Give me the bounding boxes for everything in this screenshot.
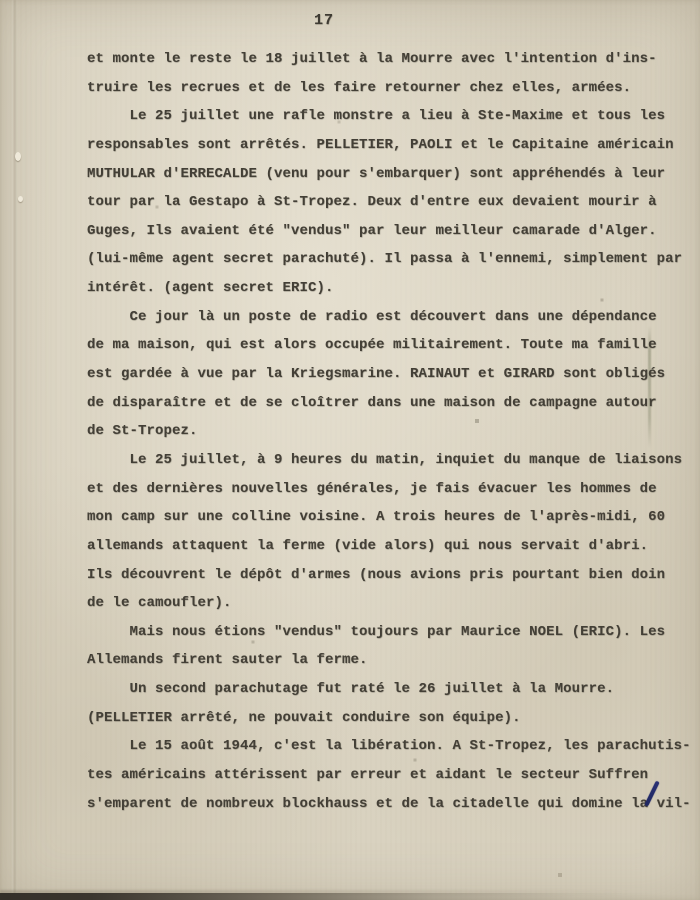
text-line: de disparaître et de se cloîtrer dans un… — [87, 395, 687, 424]
paper-blemish — [15, 152, 21, 161]
text-line: de St-Tropez. — [87, 423, 687, 452]
paper-blemish — [18, 196, 23, 202]
text-line: mon camp sur une colline voisine. A troi… — [87, 509, 687, 538]
text-line: MUTHULAR d'ERRECALDE (venu pour s'embarq… — [87, 166, 687, 195]
text-line: et des dernières nouvelles générales, je… — [87, 481, 687, 510]
left-fold-crease — [12, 0, 17, 900]
typewritten-text-block: et monte le reste le 18 juillet à la Mou… — [87, 51, 687, 824]
text-line: tour par la Gestapo à St-Tropez. Deux d'… — [87, 194, 687, 223]
text-line: Ils découvrent le dépôt d'armes (nous av… — [87, 567, 687, 596]
text-line: s'emparent de nombreux blockhauss et de … — [87, 796, 687, 825]
text-line: (PELLETIER arrêté, ne pouvait conduire s… — [87, 710, 687, 739]
text-line: responsables sont arrêtés. PELLETIER, PA… — [87, 137, 687, 166]
text-line: Le 15 août 1944, c'est la libération. A … — [87, 738, 687, 767]
text-line: Allemands firent sauter la ferme. — [87, 652, 687, 681]
text-line: truire les recrues et de les faire retou… — [87, 80, 687, 109]
text-line: tes américains attérissent par erreur et… — [87, 767, 687, 796]
text-line: et monte le reste le 18 juillet à la Mou… — [87, 51, 687, 80]
text-line: Le 25 juillet une rafle monstre a lieu à… — [87, 108, 687, 137]
text-line: de le camoufler). — [87, 595, 687, 624]
scanned-page: 17 et monte le reste le 18 juillet à la … — [0, 0, 700, 900]
text-line: Guges, Ils avaient été "vendus" par leur… — [87, 223, 687, 252]
text-line: Ce jour là un poste de radio est découve… — [87, 309, 687, 338]
bottom-scan-edge — [0, 893, 700, 900]
text-line: est gardée à vue par la Kriegsmarine. RA… — [87, 366, 687, 395]
text-line: intérêt. (agent secret ERIC). — [87, 280, 687, 309]
page-number: 17 — [314, 12, 334, 29]
text-line: allemands attaquent la ferme (vide alors… — [87, 538, 687, 567]
text-line: (lui-même agent secret parachuté). Il pa… — [87, 251, 687, 280]
paper-specks — [0, 0, 2, 2]
text-line: Un second parachutage fut raté le 26 jui… — [87, 681, 687, 710]
text-line: Mais nous étions "vendus" toujours par M… — [87, 624, 687, 653]
text-line: Le 25 juillet, à 9 heures du matin, inqu… — [87, 452, 687, 481]
text-line: de ma maison, qui est alors occupée mili… — [87, 337, 687, 366]
